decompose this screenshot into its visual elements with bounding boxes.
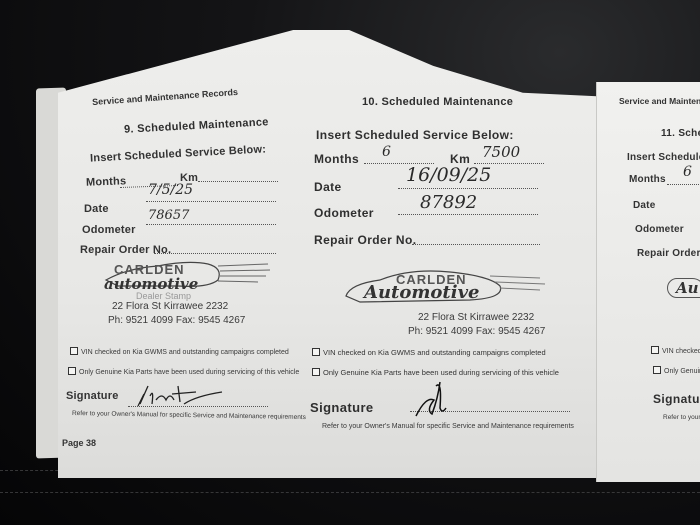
page-header: Service and Maintenance Records	[92, 87, 238, 107]
stamp-dealer-script: Automotive	[364, 282, 480, 303]
record-10-check-parts[interactable]: Only Genuine Kia Parts have been used du…	[312, 368, 559, 377]
record-10-insert-label: Insert Scheduled Service Below:	[316, 128, 514, 142]
record-10-odometer-value: 87892	[420, 192, 477, 213]
record-11-check-vin[interactable]: VIN checked o	[651, 346, 700, 355]
stamp-phone: Ph: 9521 4099 Fax: 9545 4267	[108, 315, 245, 326]
record-11-title: 11. Sche	[661, 128, 700, 139]
record-9-km-field[interactable]	[198, 181, 278, 182]
page-number: Page 38	[62, 438, 96, 448]
stamp-address: 22 Flora St Kirrawee 2232	[112, 301, 228, 312]
record-11-stamp: Au	[667, 278, 700, 298]
record-11-date-label: Date	[633, 200, 655, 211]
signature-scribble-icon	[412, 378, 452, 420]
record-9-dealer-stamp: CARLDEN automotive Dealer Stamp 22 Flora…	[98, 258, 278, 336]
record-10-signature-label: Signature	[310, 400, 374, 415]
record-11-months-label: Months	[629, 174, 666, 185]
booklet-page-right: Service and Maintenance Records 11. Sche…	[596, 82, 700, 482]
record-10-date-value: 16/09/25	[406, 164, 491, 186]
record-10-months-value: 6	[382, 144, 391, 160]
record-11-repair-order-label: Repair Order	[637, 248, 700, 259]
record-11-months-value: 6	[683, 164, 692, 180]
record-9-repair-order-field[interactable]	[154, 253, 276, 254]
checkbox[interactable]	[312, 348, 320, 356]
record-10-odometer-field[interactable]	[398, 214, 538, 215]
record-10-repair-order-field[interactable]	[412, 244, 540, 245]
record-9-odometer-value: 78657	[148, 208, 189, 223]
record-9-check-vin[interactable]: VIN checked on Kia GWMS and outstanding …	[70, 347, 289, 356]
signature-scribble-icon	[136, 382, 226, 412]
record-10-title: 10. Scheduled Maintenance	[362, 96, 513, 108]
checkbox[interactable]	[312, 368, 320, 376]
checkbox[interactable]	[70, 347, 78, 355]
record-10-months-label: Months	[314, 152, 359, 166]
record-9-check-parts[interactable]: Only Genuine Kia Parts have been used du…	[68, 367, 299, 376]
record-9-insert-label: Insert Scheduled Service Below:	[90, 143, 267, 164]
record-11-signature-label: Signatur	[653, 392, 700, 406]
record-10-repair-order-label: Repair Order No.	[314, 233, 416, 247]
record-9-date-value: 7/5/25	[148, 182, 193, 198]
record-10-footnote: Refer to your Owner's Manual for specifi…	[322, 423, 574, 430]
checkbox[interactable]	[68, 367, 76, 375]
record-11-footnote: Refer to your	[663, 414, 700, 421]
record-9-odometer-field[interactable]	[146, 224, 276, 225]
stamp-phone: Ph: 9521 4099 Fax: 9545 4267	[408, 326, 545, 337]
record-9-title: 9. Scheduled Maintenance	[124, 116, 269, 136]
record-9-date-field[interactable]	[146, 201, 276, 202]
record-10-date-field[interactable]	[398, 188, 538, 189]
record-9-odometer-label: Odometer	[82, 224, 136, 236]
booklet-page-left: Service and Maintenance Records 9. Sched…	[58, 30, 618, 478]
record-11-odometer-label: Odometer	[635, 224, 684, 235]
record-9-date-label: Date	[84, 203, 109, 215]
record-10-odometer-label: Odometer	[314, 206, 374, 220]
record-9-repair-order-label: Repair Order No.	[80, 244, 171, 256]
checkbox[interactable]	[651, 346, 659, 354]
page-header: Service and Maintenance Records	[619, 96, 700, 106]
record-11-check-parts[interactable]: Only Genuin	[653, 366, 700, 375]
record-9-signature-label: Signature	[66, 390, 119, 402]
record-10-check-vin[interactable]: VIN checked on Kia GWMS and outstanding …	[312, 348, 546, 357]
record-11-months-field[interactable]	[667, 184, 700, 185]
record-11-insert-label: Insert Schedule	[627, 152, 700, 163]
record-10-km-value: 7500	[482, 143, 520, 161]
stamp-caption: Dealer Stamp	[136, 291, 191, 301]
record-10-date-label: Date	[314, 180, 342, 194]
record-10-dealer-stamp: CARLDEN Automotive 22 Flora St Kirrawee …	[340, 266, 550, 346]
seat-stitching	[0, 492, 700, 493]
checkbox[interactable]	[653, 366, 661, 374]
stamp-address: 22 Flora St Kirrawee 2232	[418, 312, 534, 323]
record-9-footnote: Refer to your Owner's Manual for specifi…	[72, 410, 306, 421]
